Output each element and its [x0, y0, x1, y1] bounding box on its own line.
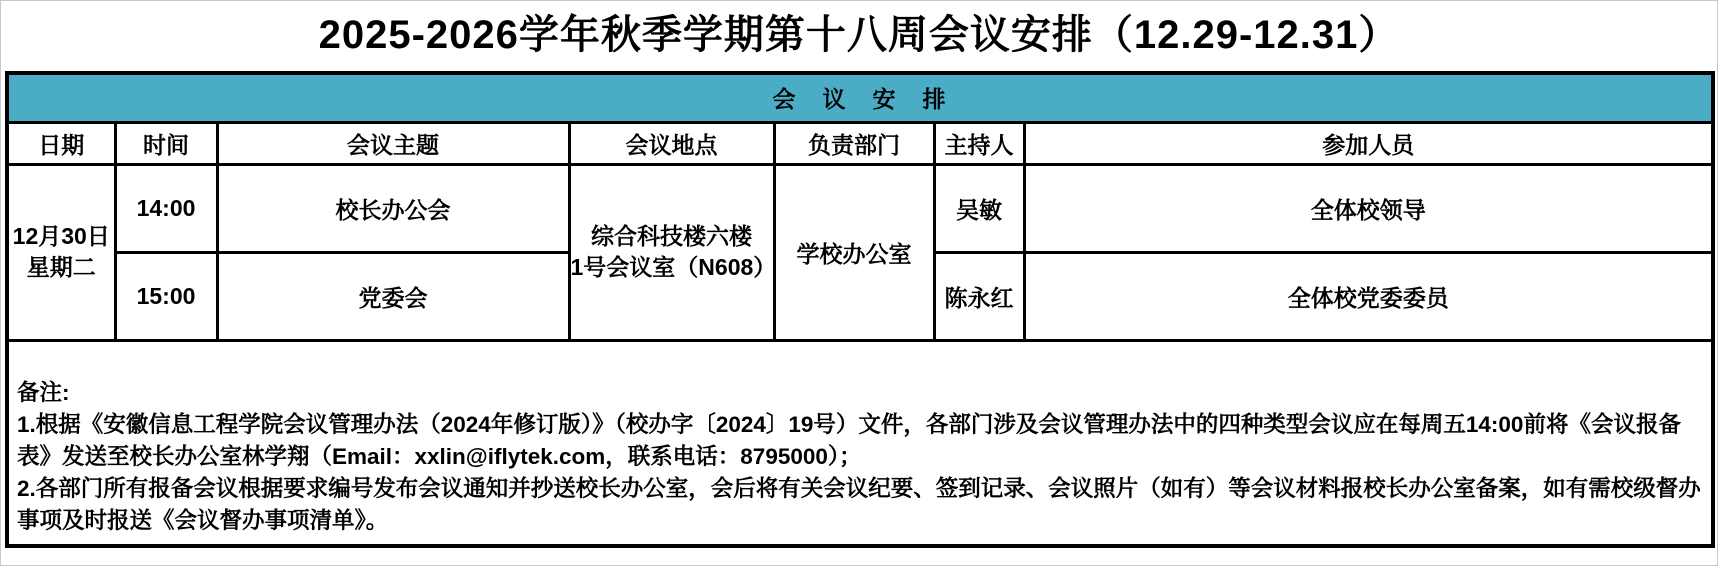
- column-header-row: 日期 时间 会议主题 会议地点 负责部门 主持人 参加人员: [7, 122, 1713, 164]
- header-department: 负责部门: [774, 122, 934, 164]
- header-topic: 会议主题: [217, 122, 569, 164]
- note-item-2: 2.各部门所有报备会议根据要求编号发布会议通知并抄送校长办公室，会后将有关会议纪…: [17, 473, 1701, 537]
- participants-cell: 全体校党委委员: [1024, 252, 1713, 340]
- header-date: 日期: [7, 122, 115, 164]
- date-line1: 12月30日: [9, 221, 114, 252]
- header-time: 时间: [115, 122, 217, 164]
- banner-title: 会 议 安 排: [7, 73, 1713, 122]
- header-location: 会议地点: [569, 122, 774, 164]
- schedule-table: 会 议 安 排 日期 时间 会议主题 会议地点 负责部门 主持人 参加人员 12…: [5, 71, 1715, 548]
- host-cell: 陈永红: [934, 252, 1024, 340]
- notes-label: 备注:: [17, 377, 1701, 409]
- page-title: 2025-2026学年秋季学期第十八周会议安排（12.29-12.31）: [1, 1, 1717, 71]
- table-row: 12月30日 星期二 14:00 校长办公会 综合科技楼六楼 1号会议室（N60…: [7, 164, 1713, 252]
- banner-row: 会 议 安 排: [7, 73, 1713, 122]
- participants-cell: 全体校领导: [1024, 164, 1713, 252]
- notes-row: 备注: 1.根据《安徽信息工程学院会议管理办法（2024年修订版）》（校办字〔2…: [7, 340, 1713, 546]
- location-line1: 综合科技楼六楼: [571, 221, 773, 252]
- date-cell: 12月30日 星期二: [7, 164, 115, 340]
- location-cell: 综合科技楼六楼 1号会议室（N608）: [569, 164, 774, 340]
- header-participants: 参加人员: [1024, 122, 1713, 164]
- header-host: 主持人: [934, 122, 1024, 164]
- meeting-schedule-page: 2025-2026学年秋季学期第十八周会议安排（12.29-12.31） 会 议…: [0, 0, 1718, 566]
- notes-cell: 备注: 1.根据《安徽信息工程学院会议管理办法（2024年修订版）》（校办字〔2…: [7, 340, 1713, 546]
- topic-cell: 校长办公会: [217, 164, 569, 252]
- location-line2: 1号会议室（N608）: [571, 252, 773, 283]
- note-item-1: 1.根据《安徽信息工程学院会议管理办法（2024年修订版）》（校办字〔2024〕…: [17, 409, 1701, 473]
- time-cell: 15:00: [115, 252, 217, 340]
- department-cell: 学校办公室: [774, 164, 934, 340]
- time-cell: 14:00: [115, 164, 217, 252]
- date-line2: 星期二: [9, 252, 114, 283]
- topic-cell: 党委会: [217, 252, 569, 340]
- host-cell: 吴敏: [934, 164, 1024, 252]
